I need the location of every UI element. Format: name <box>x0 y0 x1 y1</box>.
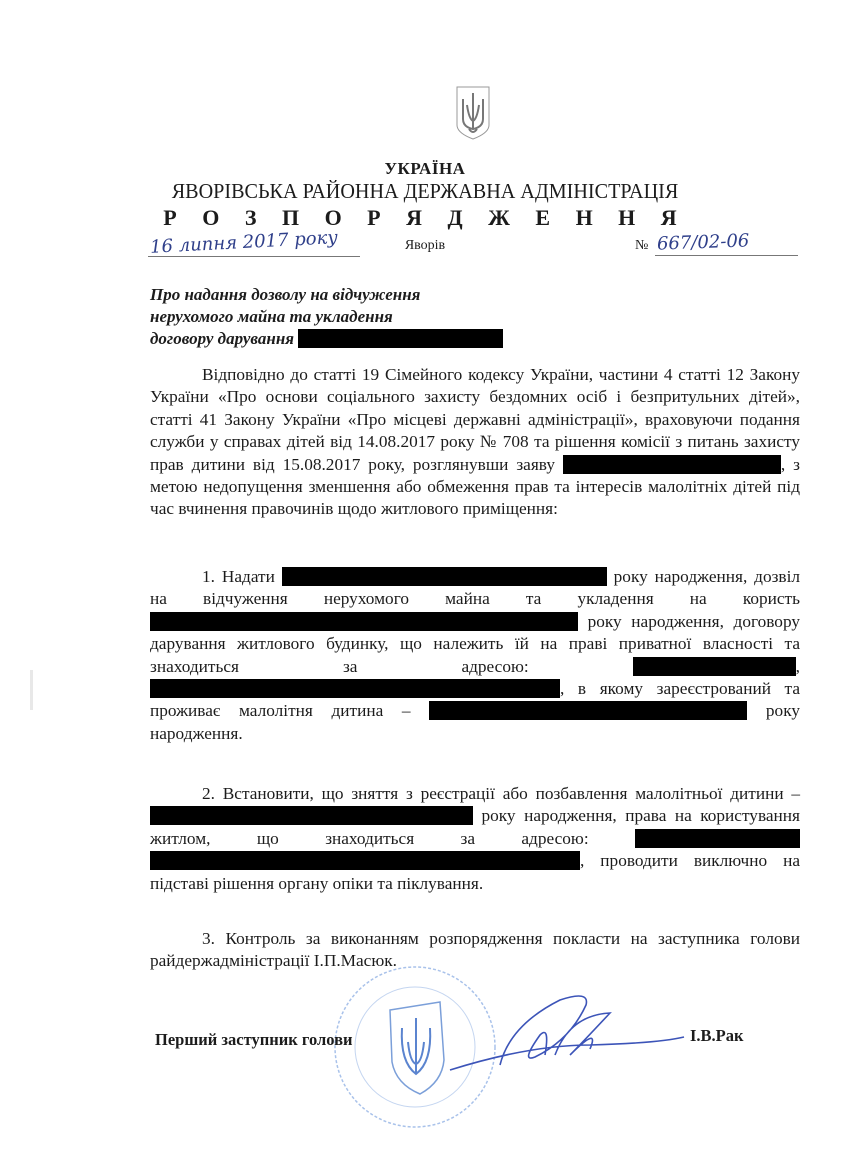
subject-line: нерухомого майна та укладення <box>150 306 503 328</box>
country-heading: УКРАЇНА <box>0 159 850 179</box>
order-item-2: 2. Встановити, що зняття з реєстрації аб… <box>150 783 800 895</box>
order-item-1: 1. Надати року народження, дозвіл на від… <box>150 566 800 745</box>
redaction-bar <box>635 829 800 848</box>
item-text: Встановити, що зняття з реєстрації або п… <box>223 784 800 803</box>
redaction-bar <box>633 657 796 676</box>
redaction-bar <box>150 612 578 631</box>
redaction-bar <box>563 455 781 474</box>
signatory-name: І.В.Рак <box>690 1026 744 1046</box>
subject-line: Про надання дозволу на відчуження <box>150 284 503 306</box>
redaction-bar <box>150 806 473 825</box>
subject-line: договору дарування <box>150 328 503 350</box>
date-underline <box>148 256 360 257</box>
scan-artifact <box>30 670 33 710</box>
redaction-bar <box>150 679 560 698</box>
item-text: Надати <box>222 567 275 586</box>
ukraine-trident-icon <box>455 85 491 141</box>
item-number: 3. <box>202 929 215 948</box>
signatory-title: Перший заступник голови <box>155 1030 353 1050</box>
item-number: 1. <box>202 567 215 586</box>
authority-heading: ЯВОРІВСЬКА РАЙОННА ДЕРЖАВНА АДМІНІСТРАЦІ… <box>17 179 833 204</box>
redaction-bar <box>282 567 607 586</box>
redaction-bar <box>298 329 503 348</box>
item-text: , <box>796 657 800 676</box>
preamble-paragraph: Відповідно до статті 19 Сімейного кодекс… <box>150 364 800 521</box>
number-underline <box>655 255 798 256</box>
redaction-bar <box>150 851 580 870</box>
redaction-bar <box>429 701 747 720</box>
document-number: 667/02-06 <box>657 230 750 254</box>
signature-icon <box>440 985 685 1080</box>
item-number: 2. <box>202 784 215 803</box>
subject-line-text: договору дарування <box>150 329 294 348</box>
document-subject: Про надання дозволу на відчуження нерухо… <box>150 284 503 350</box>
document-type-heading: Р О З П О Р Я Д Ж Е Н Н Я <box>0 205 850 231</box>
number-label: № <box>635 238 648 254</box>
